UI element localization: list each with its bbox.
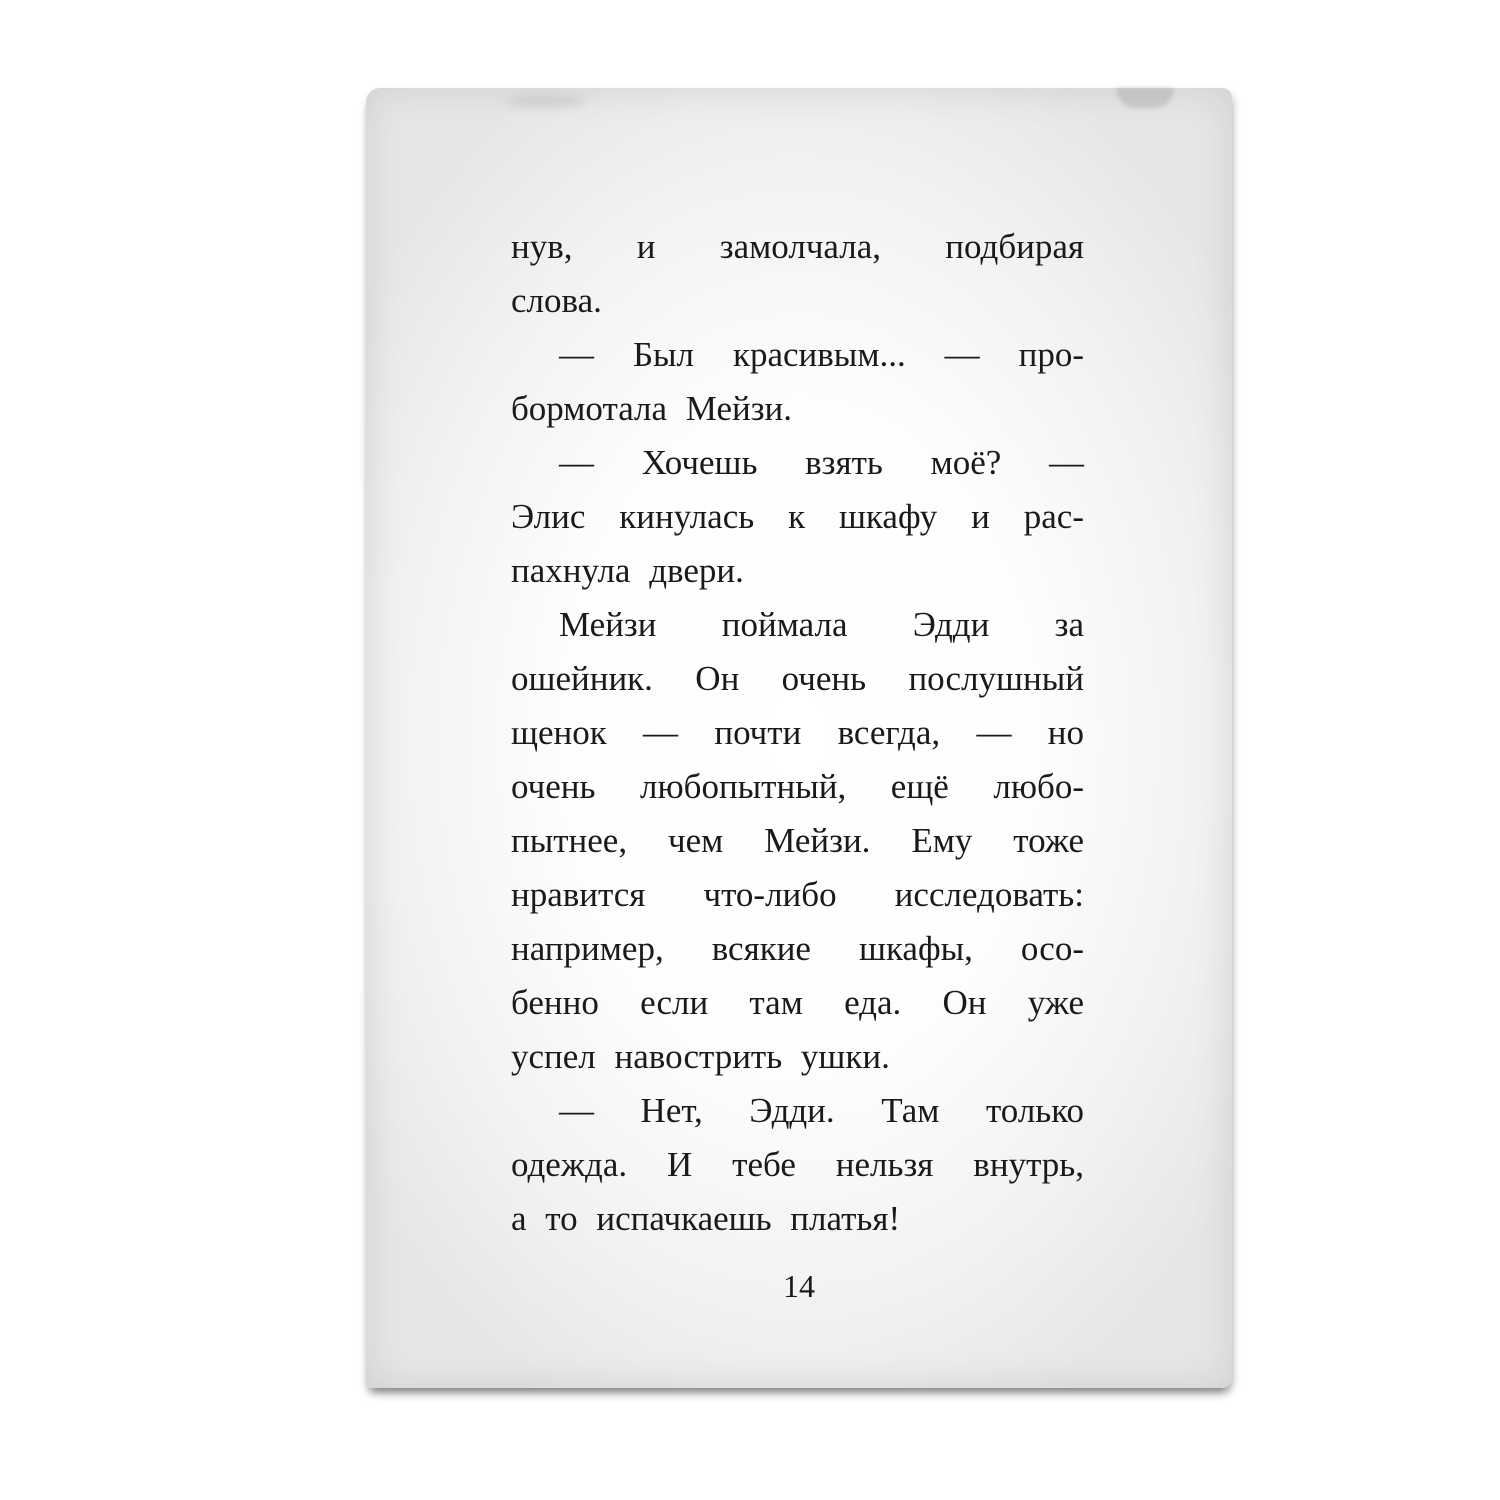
text-line: — Нет, Эдди. Там только bbox=[511, 1084, 1084, 1138]
text-line: пытнее, чем Мейзи. Ему тоже bbox=[511, 814, 1084, 868]
book-page: нув, и замолчала, подбираяслова.— Был кр… bbox=[366, 88, 1232, 1388]
text-line: пахнула двери. bbox=[511, 544, 1084, 598]
text-line: Мейзи поймала Эдди за bbox=[511, 598, 1084, 652]
text-line: ошейник. Он очень послушный bbox=[511, 652, 1084, 706]
page-text: нув, и замолчала, подбираяслова.— Был кр… bbox=[511, 220, 1084, 1246]
text-line: — Был красивым... — про- bbox=[511, 328, 1084, 382]
text-line: бенно если там еда. Он уже bbox=[511, 976, 1084, 1030]
text-line: бормотала Мейзи. bbox=[511, 382, 1084, 436]
text-line: щенок — почти всегда, — но bbox=[511, 706, 1084, 760]
text-line: Элис кинулась к шкафу и рас- bbox=[511, 490, 1084, 544]
text-line: очень любопытный, ещё любо- bbox=[511, 760, 1084, 814]
text-line: слова. bbox=[511, 274, 1084, 328]
text-line: одежда. И тебе нельзя внутрь, bbox=[511, 1138, 1084, 1192]
text-line: нравится что-либо исследовать: bbox=[511, 868, 1084, 922]
text-line: нув, и замолчала, подбирая bbox=[511, 220, 1084, 274]
text-line: успел навострить ушки. bbox=[511, 1030, 1084, 1084]
page-number: 14 bbox=[366, 1268, 1232, 1305]
text-line: а то испачкаешь платья! bbox=[511, 1192, 1084, 1246]
text-line: — Хочешь взять моё? — bbox=[511, 436, 1084, 490]
text-line: например, всякие шкафы, осо- bbox=[511, 922, 1084, 976]
